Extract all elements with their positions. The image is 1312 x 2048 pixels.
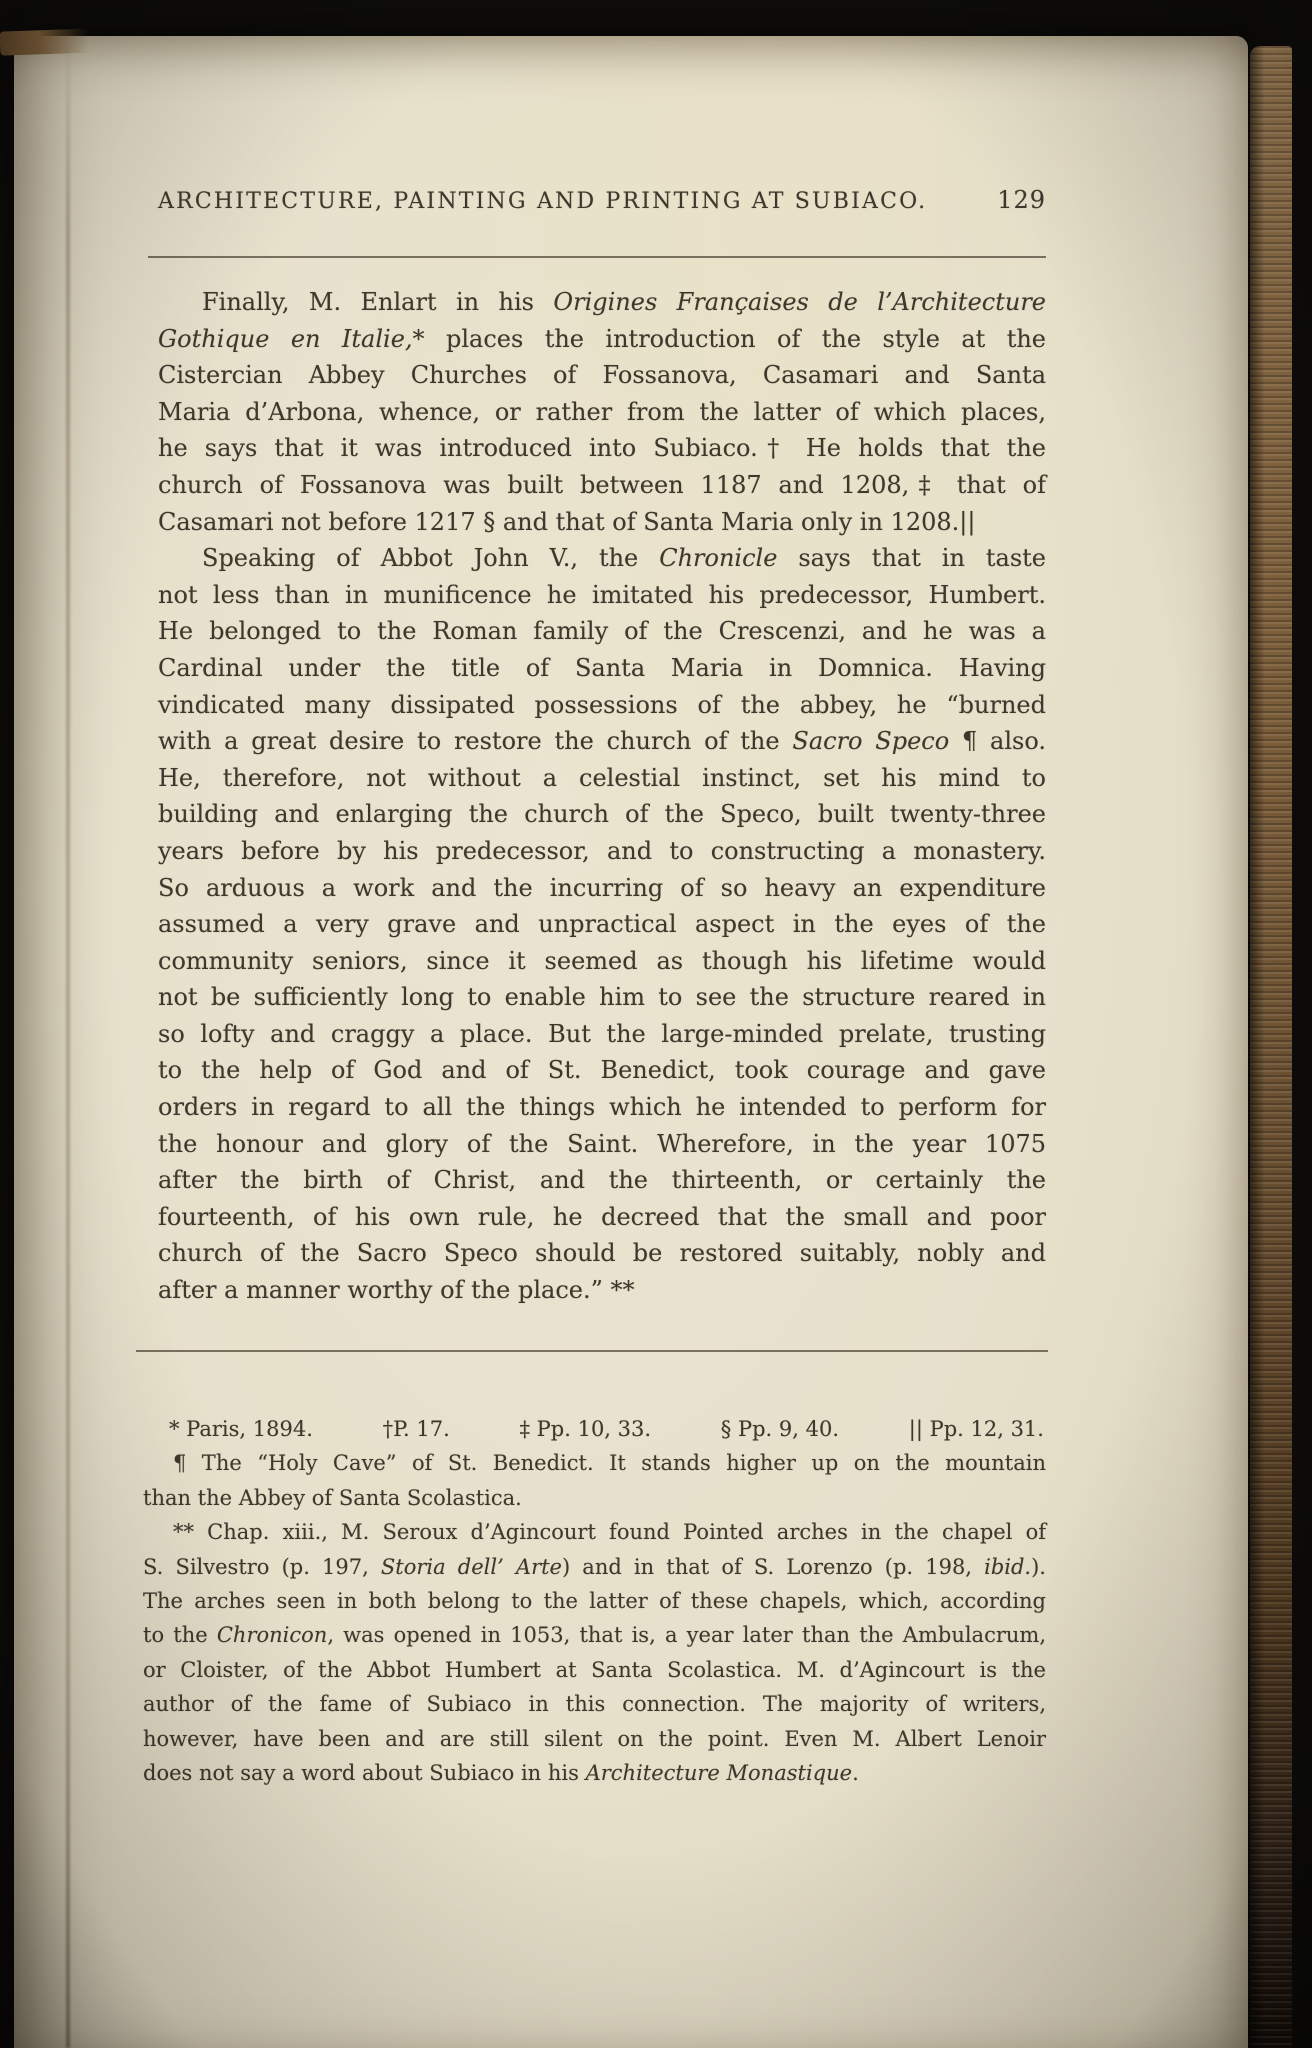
book-photo: ARCHITECTURE, PAINTING AND PRINTING AT S… (0, 0, 1312, 2048)
paragraph-abbot-john: Speaking of Abbot John V., the Chronicle… (158, 540, 1046, 1308)
text-line: ¶ The “Holy Cave” of St. Benedict. It st… (143, 1446, 1046, 1480)
footnote-ref: § Pp. 9, 40. (721, 1412, 839, 1446)
text-line: Casamari not before 1217 § and that of S… (158, 504, 1046, 541)
text-line: Gothique en Italie,* places the introduc… (158, 321, 1046, 358)
footnote-refs: * Paris, 1894.†P. 17.‡ Pp. 10, 33.§ Pp. … (143, 1412, 1046, 1446)
text-line: So arduous a work and the incurring of s… (158, 870, 1046, 907)
text-line: not be sufficiently long to enable him t… (158, 979, 1046, 1016)
text-line: assumed a very grave and unpractical asp… (158, 906, 1046, 943)
text-line: He belonged to the Roman family of the C… (158, 613, 1046, 650)
text-line: ** Chap. xiii., M. Seroux d’Agincourt fo… (143, 1515, 1046, 1549)
text-line: S. Silvestro (p. 197, Storia dell’ Arte)… (143, 1550, 1046, 1584)
text-line: Maria d’Arbona, whence, or rather from t… (158, 394, 1046, 431)
text-line: he says that it was introduced into Subi… (158, 430, 1046, 467)
footnote-chap-xiii: ** Chap. xiii., M. Seroux d’Agincourt fo… (143, 1515, 1046, 1790)
text-line: does not say a word about Subiaco in his… (143, 1756, 1046, 1790)
text-line: He, therefore, not without a celestial i… (158, 760, 1046, 797)
header-rule (148, 256, 1046, 258)
text-line: to the Chronicon, was opened in 1053, th… (143, 1618, 1046, 1652)
body-text: Finally, M. Enlart in his Origines Franç… (158, 284, 1046, 1309)
text-line: building and enlarging the church of the… (158, 796, 1046, 833)
text-line: church of Fossanova was built between 11… (158, 467, 1046, 504)
book-cover-edge (0, 28, 96, 55)
footnote-ref: || Pp. 12, 31. (909, 1412, 1044, 1446)
text-line: vindicated many dissipated possessions o… (158, 687, 1046, 724)
text-line: or Cloister, of the Abbot Humbert at San… (143, 1653, 1046, 1687)
page-number: 129 (997, 186, 1046, 214)
text-line: Cistercian Abbey Churches of Fossanova, … (158, 357, 1046, 394)
text-line: so lofty and craggy a place. But the lar… (158, 1016, 1046, 1053)
text-line: than the Abbey of Santa Scolastica. (143, 1481, 1046, 1515)
page-edge-stack (1250, 46, 1292, 2048)
text-line: years before by his predecessor, and to … (158, 833, 1046, 870)
footnote-ref: ‡ Pp. 10, 33. (519, 1412, 651, 1446)
text-line: however, have been and are still silent … (143, 1722, 1046, 1756)
text-line: after the birth of Christ, and the thirt… (158, 1162, 1046, 1199)
footnote-holy-cave: ¶ The “Holy Cave” of St. Benedict. It st… (143, 1446, 1046, 1515)
text-line: the honour and glory of the Saint. Where… (158, 1126, 1046, 1163)
header-title: ARCHITECTURE, PAINTING AND PRINTING AT S… (158, 189, 927, 214)
paragraph-enlart: Finally, M. Enlart in his Origines Franç… (158, 284, 1046, 540)
text-line: The arches seen in both belong to the la… (143, 1584, 1046, 1618)
text-line: after a manner worthy of the place.” ** (158, 1272, 1046, 1309)
text-line: fourteenth, of his own rule, he decreed … (158, 1199, 1046, 1236)
text-line: with a great desire to restore the churc… (158, 723, 1046, 760)
text-line: Cardinal under the title of Santa Maria … (158, 650, 1046, 687)
text-line: Speaking of Abbot John V., the Chronicle… (158, 540, 1046, 577)
footnote-ref: †P. 17. (383, 1412, 450, 1446)
running-header: ARCHITECTURE, PAINTING AND PRINTING AT S… (158, 186, 1046, 214)
text-line: to the help of God and of St. Benedict, … (158, 1052, 1046, 1089)
text-line: community seniors, since it seemed as th… (158, 943, 1046, 980)
gutter-crease (66, 36, 70, 2048)
text-line: author of the fame of Subiaco in this co… (143, 1687, 1046, 1721)
footnotes: * Paris, 1894.†P. 17.‡ Pp. 10, 33.§ Pp. … (143, 1412, 1046, 1790)
footnote-ref: * Paris, 1894. (169, 1412, 313, 1446)
text-line: church of the Sacro Speco should be rest… (158, 1235, 1046, 1272)
text-line: orders in regard to all the things which… (158, 1089, 1046, 1126)
text-line: Finally, M. Enlart in his Origines Franç… (158, 284, 1046, 321)
text-line: not less than in munificence he imitated… (158, 577, 1046, 614)
footnote-rule (136, 1350, 1048, 1352)
